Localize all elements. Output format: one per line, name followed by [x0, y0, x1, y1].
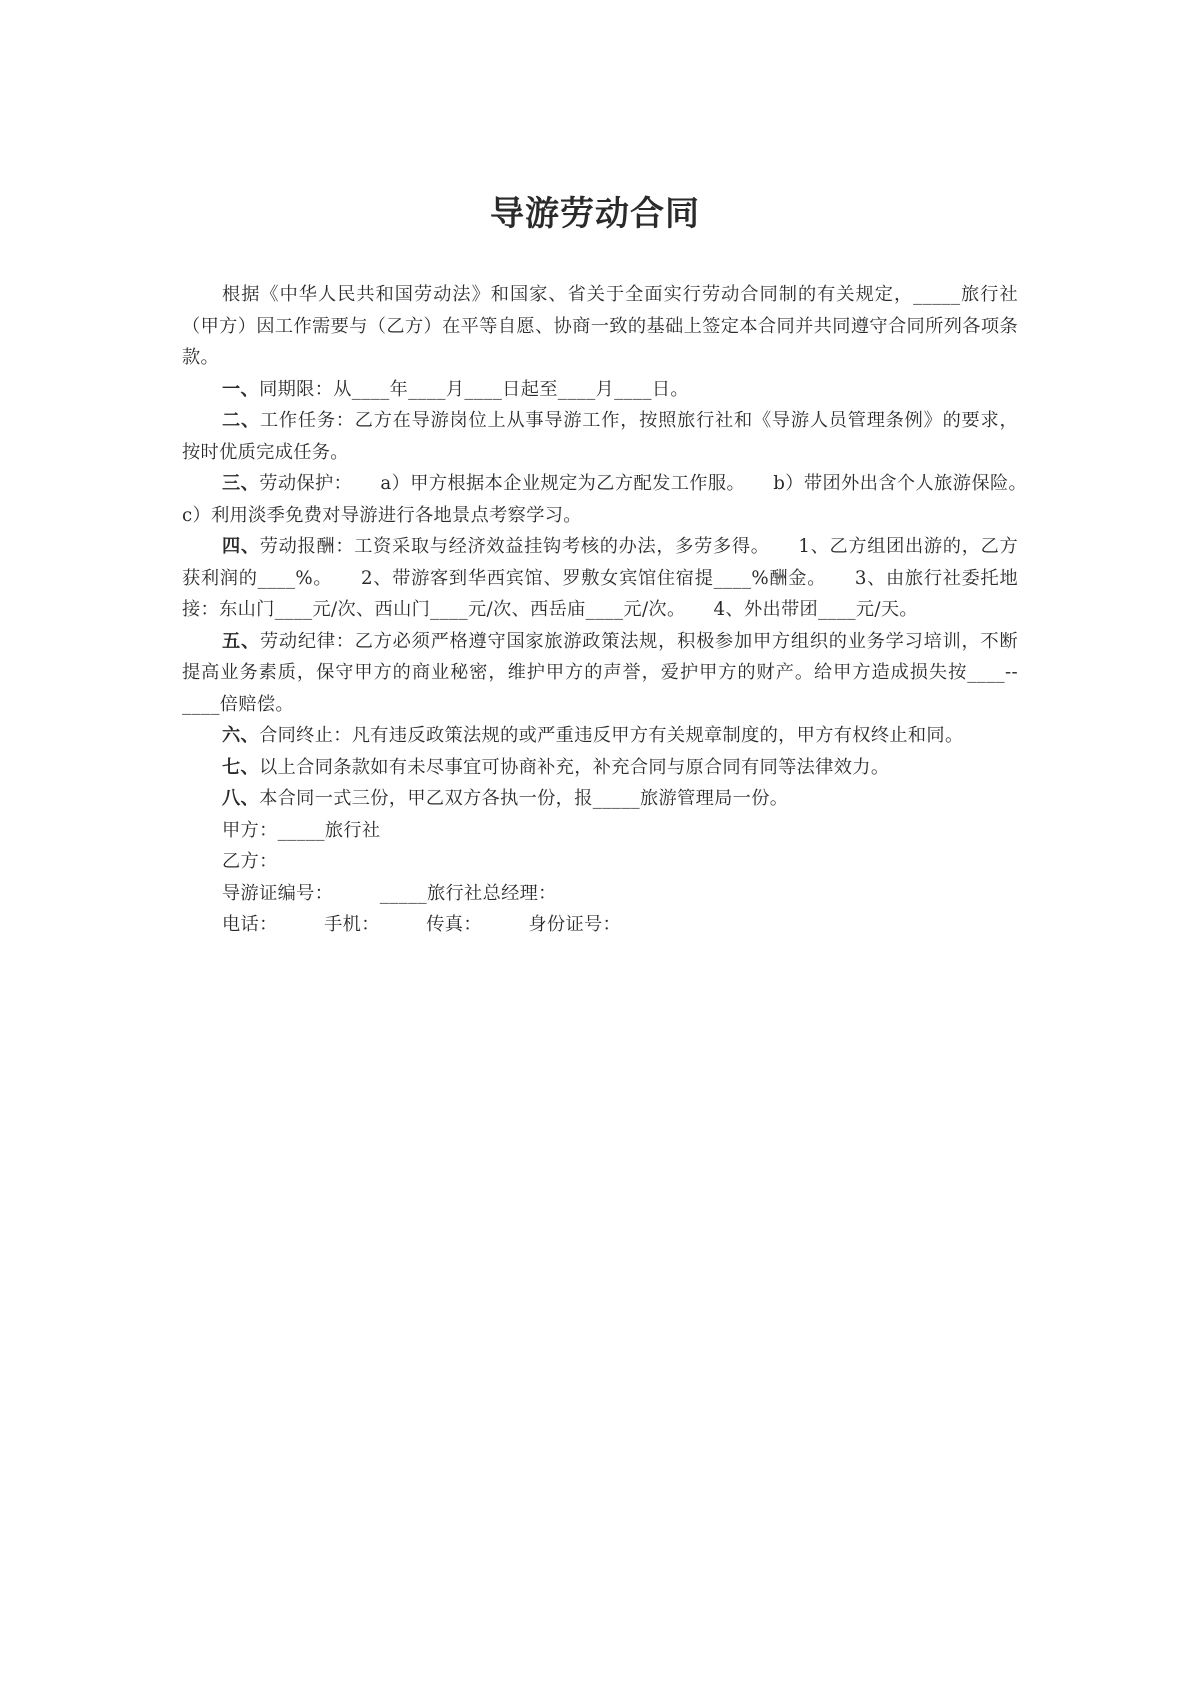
clause-5-text: 劳动纪律：乙方必须严格遵守国家旅游政策法规，积极参加甲方组织的业务学习培训，不断…: [182, 631, 1018, 715]
signature-contact-info: 电话： 手机： 传真： 身份证号：: [182, 909, 1018, 941]
clause-4-text: 劳动报酬：工资采取与经济效益挂钩考核的办法，多劳多得。 1、乙方组团出游的，乙方…: [182, 536, 1018, 620]
clause-8: 八、本合同一式三份，甲乙双方各执一份，报_____旅游管理局一份。: [182, 783, 1018, 815]
clause-8-text: 本合同一式三份，甲乙双方各执一份，报_____旅游管理局一份。: [259, 788, 788, 809]
clause-5-number: 五、: [222, 631, 260, 652]
clause-2-text: 工作任务：乙方在导游岗位上从事导游工作，按照旅行社和《导游人员管理条例》的要求，…: [182, 410, 1018, 463]
clause-3: 三、劳动保护： a）甲方根据本企业规定为乙方配发工作服。 b）带团外出含个人旅游…: [182, 468, 1018, 531]
document-title: 导游劳动合同: [0, 192, 1190, 236]
clause-3-number: 三、: [222, 473, 259, 494]
preamble-paragraph: 根据《中华人民共和国劳动法》和国家、省关于全面实行劳动合同制的有关规定，____…: [182, 279, 1018, 374]
signature-guide-cert: 导游证编号： _____旅行社总经理：: [182, 878, 1018, 910]
document-body: 根据《中华人民共和国劳动法》和国家、省关于全面实行劳动合同制的有关规定，____…: [182, 279, 1018, 941]
clause-7: 七、以上合同条款如有未尽事宜可协商补充，补充合同与原合同有同等法律效力。: [182, 752, 1018, 784]
signature-party-a: 甲方：_____旅行社: [182, 815, 1018, 847]
clause-6: 六、合同终止：凡有违反政策法规的或严重违反甲方有关规章制度的，甲方有权终止和同。: [182, 720, 1018, 752]
clause-1-number: 一、: [222, 379, 259, 400]
document-page: 导游劳动合同 根据《中华人民共和国劳动法》和国家、省关于全面实行劳动合同制的有关…: [0, 0, 1190, 1683]
clause-2: 二、工作任务：乙方在导游岗位上从事导游工作，按照旅行社和《导游人员管理条例》的要…: [182, 405, 1018, 468]
clause-5: 五、劳动纪律：乙方必须严格遵守国家旅游政策法规，积极参加甲方组织的业务学习培训，…: [182, 626, 1018, 721]
clause-3-text: 劳动保护： a）甲方根据本企业规定为乙方配发工作服。 b）带团外出含个人旅游保险…: [182, 473, 1055, 526]
clause-6-text: 合同终止：凡有违反政策法规的或严重违反甲方有关规章制度的，甲方有权终止和同。: [259, 725, 963, 746]
clause-8-number: 八、: [222, 788, 259, 809]
clause-6-number: 六、: [222, 725, 259, 746]
clause-4-number: 四、: [222, 536, 260, 557]
clause-7-number: 七、: [222, 757, 259, 778]
clause-2-number: 二、: [222, 410, 260, 431]
signature-party-b: 乙方：: [182, 846, 1018, 878]
clause-1: 一、同期限：从____年____月____日起至____月____日。: [182, 374, 1018, 406]
clause-4: 四、劳动报酬：工资采取与经济效益挂钩考核的办法，多劳多得。 1、乙方组团出游的，…: [182, 531, 1018, 626]
clause-1-text: 同期限：从____年____月____日起至____月____日。: [259, 379, 689, 400]
clause-7-text: 以上合同条款如有未尽事宜可协商补充，补充合同与原合同有同等法律效力。: [259, 757, 889, 778]
